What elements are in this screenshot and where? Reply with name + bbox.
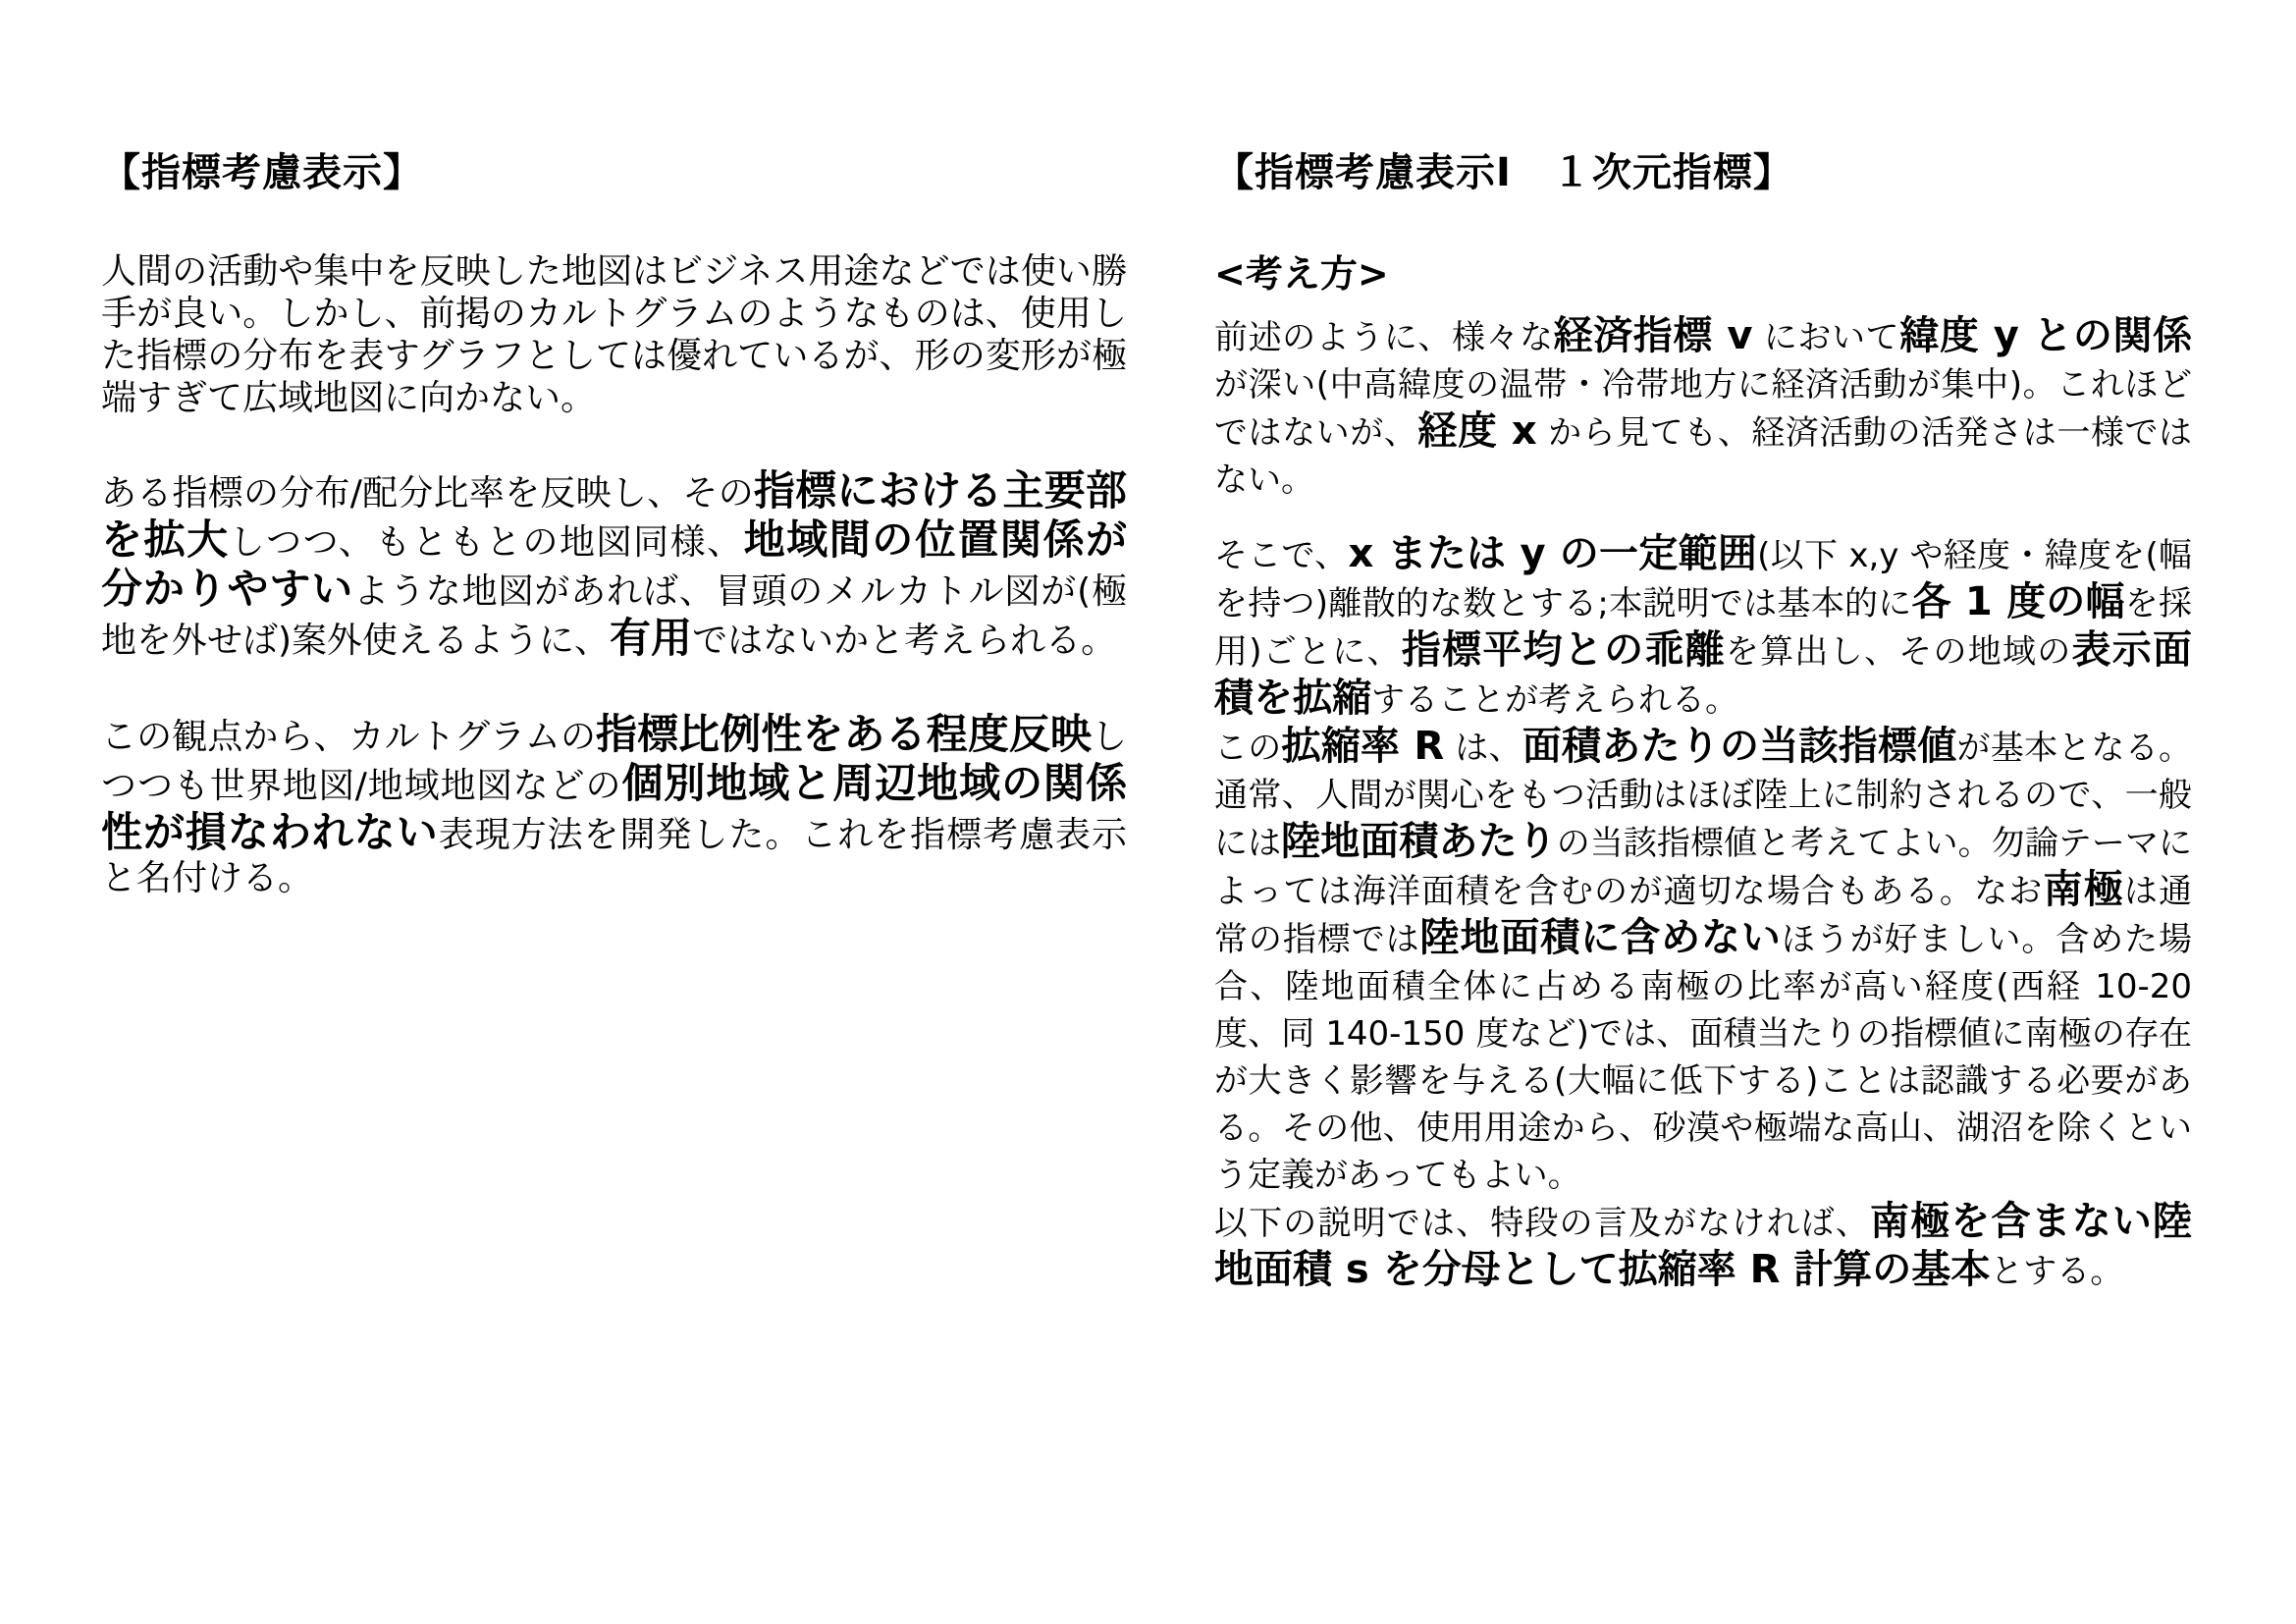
text-segment: ある指標の分布/配分比率を反映し、その	[101, 473, 754, 514]
text-segment: は、	[1444, 729, 1522, 768]
text-segment: とする。	[1990, 1252, 2123, 1291]
emphasis-text: 経済指標 v	[1554, 313, 1753, 358]
text-segment: 人間の活動や集中を反映した地図はビジネス用途などでは使い勝手が良い。しかし、前掲…	[101, 251, 1127, 418]
text-segment: しつつ、もともとの地図同様、	[230, 522, 744, 563]
left-section-heading: 【指標考慮表示】	[101, 149, 1127, 196]
paragraph-range-scaling: そこで、x または y の一定範囲(以下 x,y や経度・緯度を(幅を持つ)離散…	[1214, 531, 2192, 724]
text-segment: することが考えられる。	[1371, 680, 1738, 720]
text-segment: ほうが好ましい。含めた場合、陸地面積全体に占める南極の比率が高い経度(西経 10…	[1214, 920, 2192, 1195]
emphasis-text: 拡縮率 R	[1282, 724, 1445, 769]
emphasis-text: x または y の一定範囲	[1348, 531, 1757, 576]
emphasis-text: 南極	[2043, 867, 2123, 912]
text-segment: この観点から、カルトグラムの	[101, 717, 596, 757]
emphasis-text: 緯度 y との関係	[1899, 313, 2192, 358]
text-segment: ではないかと考えられる。	[692, 621, 1116, 661]
emphasis-text: 指標平均との乖離	[1402, 627, 1726, 673]
text-segment: において	[1752, 318, 1899, 357]
emphasis-text: 指標比例性をある程度反映	[596, 710, 1092, 758]
right-section-heading: 【指標考慮表示Ⅰ １次元指標】	[1214, 149, 2192, 196]
text-segment: 以下の説明では、特段の言及がなければ、	[1214, 1204, 1870, 1243]
paragraph-scaling-ratio-definition: この拡縮率 R は、面積あたりの当該指標値が基本となる。通常、人間が関心をもつ活…	[1214, 724, 2192, 1199]
paragraph-default-denominator: 以下の説明では、特段の言及がなければ、南極を含まない陸地面積 s を分母として拡…	[1214, 1199, 2192, 1295]
emphasis-text: 陸地面積あたり	[1281, 819, 1557, 864]
text-segment: この	[1214, 729, 1282, 768]
document-page: 【指標考慮表示】 人間の活動や集中を反映した地図はビジネス用途などでは使い勝手が…	[0, 0, 2296, 1624]
concept-subheading: <考え方>	[1214, 250, 2192, 298]
emphasis-text: 各 1 度の幅	[1911, 579, 2124, 624]
paragraph-method-naming: この観点から、カルトグラムの指標比例性をある程度反映しつつも世界地図/地域地図な…	[101, 710, 1127, 899]
paragraph-map-goal: ある指標の分布/配分比率を反映し、その指標における主要部を拡大しつつ、もともとの…	[101, 466, 1127, 663]
emphasis-text: 面積あたりの当該指標値	[1522, 724, 1957, 769]
text-segment: そこで、	[1214, 536, 1348, 575]
paragraph-latitude-relation: 前述のように、様々な経済指標 v において緯度 y との関係が深い(中高緯度の温…	[1214, 313, 2192, 504]
text-segment: を算出し、その地域の	[1726, 632, 2072, 672]
column-left: 【指標考慮表示】 人間の活動や集中を反映した地図はビジネス用途などでは使い勝手が…	[101, 149, 1127, 1624]
paragraph-cartogram-intro: 人間の活動や集中を反映した地図はビジネス用途などでは使い勝手が良い。しかし、前掲…	[101, 250, 1127, 419]
emphasis-text: 有用	[610, 614, 692, 662]
emphasis-text: 経度 x	[1417, 408, 1536, 454]
text-segment: 前述のように、様々な	[1214, 318, 1554, 357]
column-right: 【指標考慮表示Ⅰ １次元指標】 <考え方> 前述のように、様々な経済指標 v に…	[1214, 149, 2192, 1624]
emphasis-text: 陸地面積に含めない	[1420, 915, 1782, 960]
